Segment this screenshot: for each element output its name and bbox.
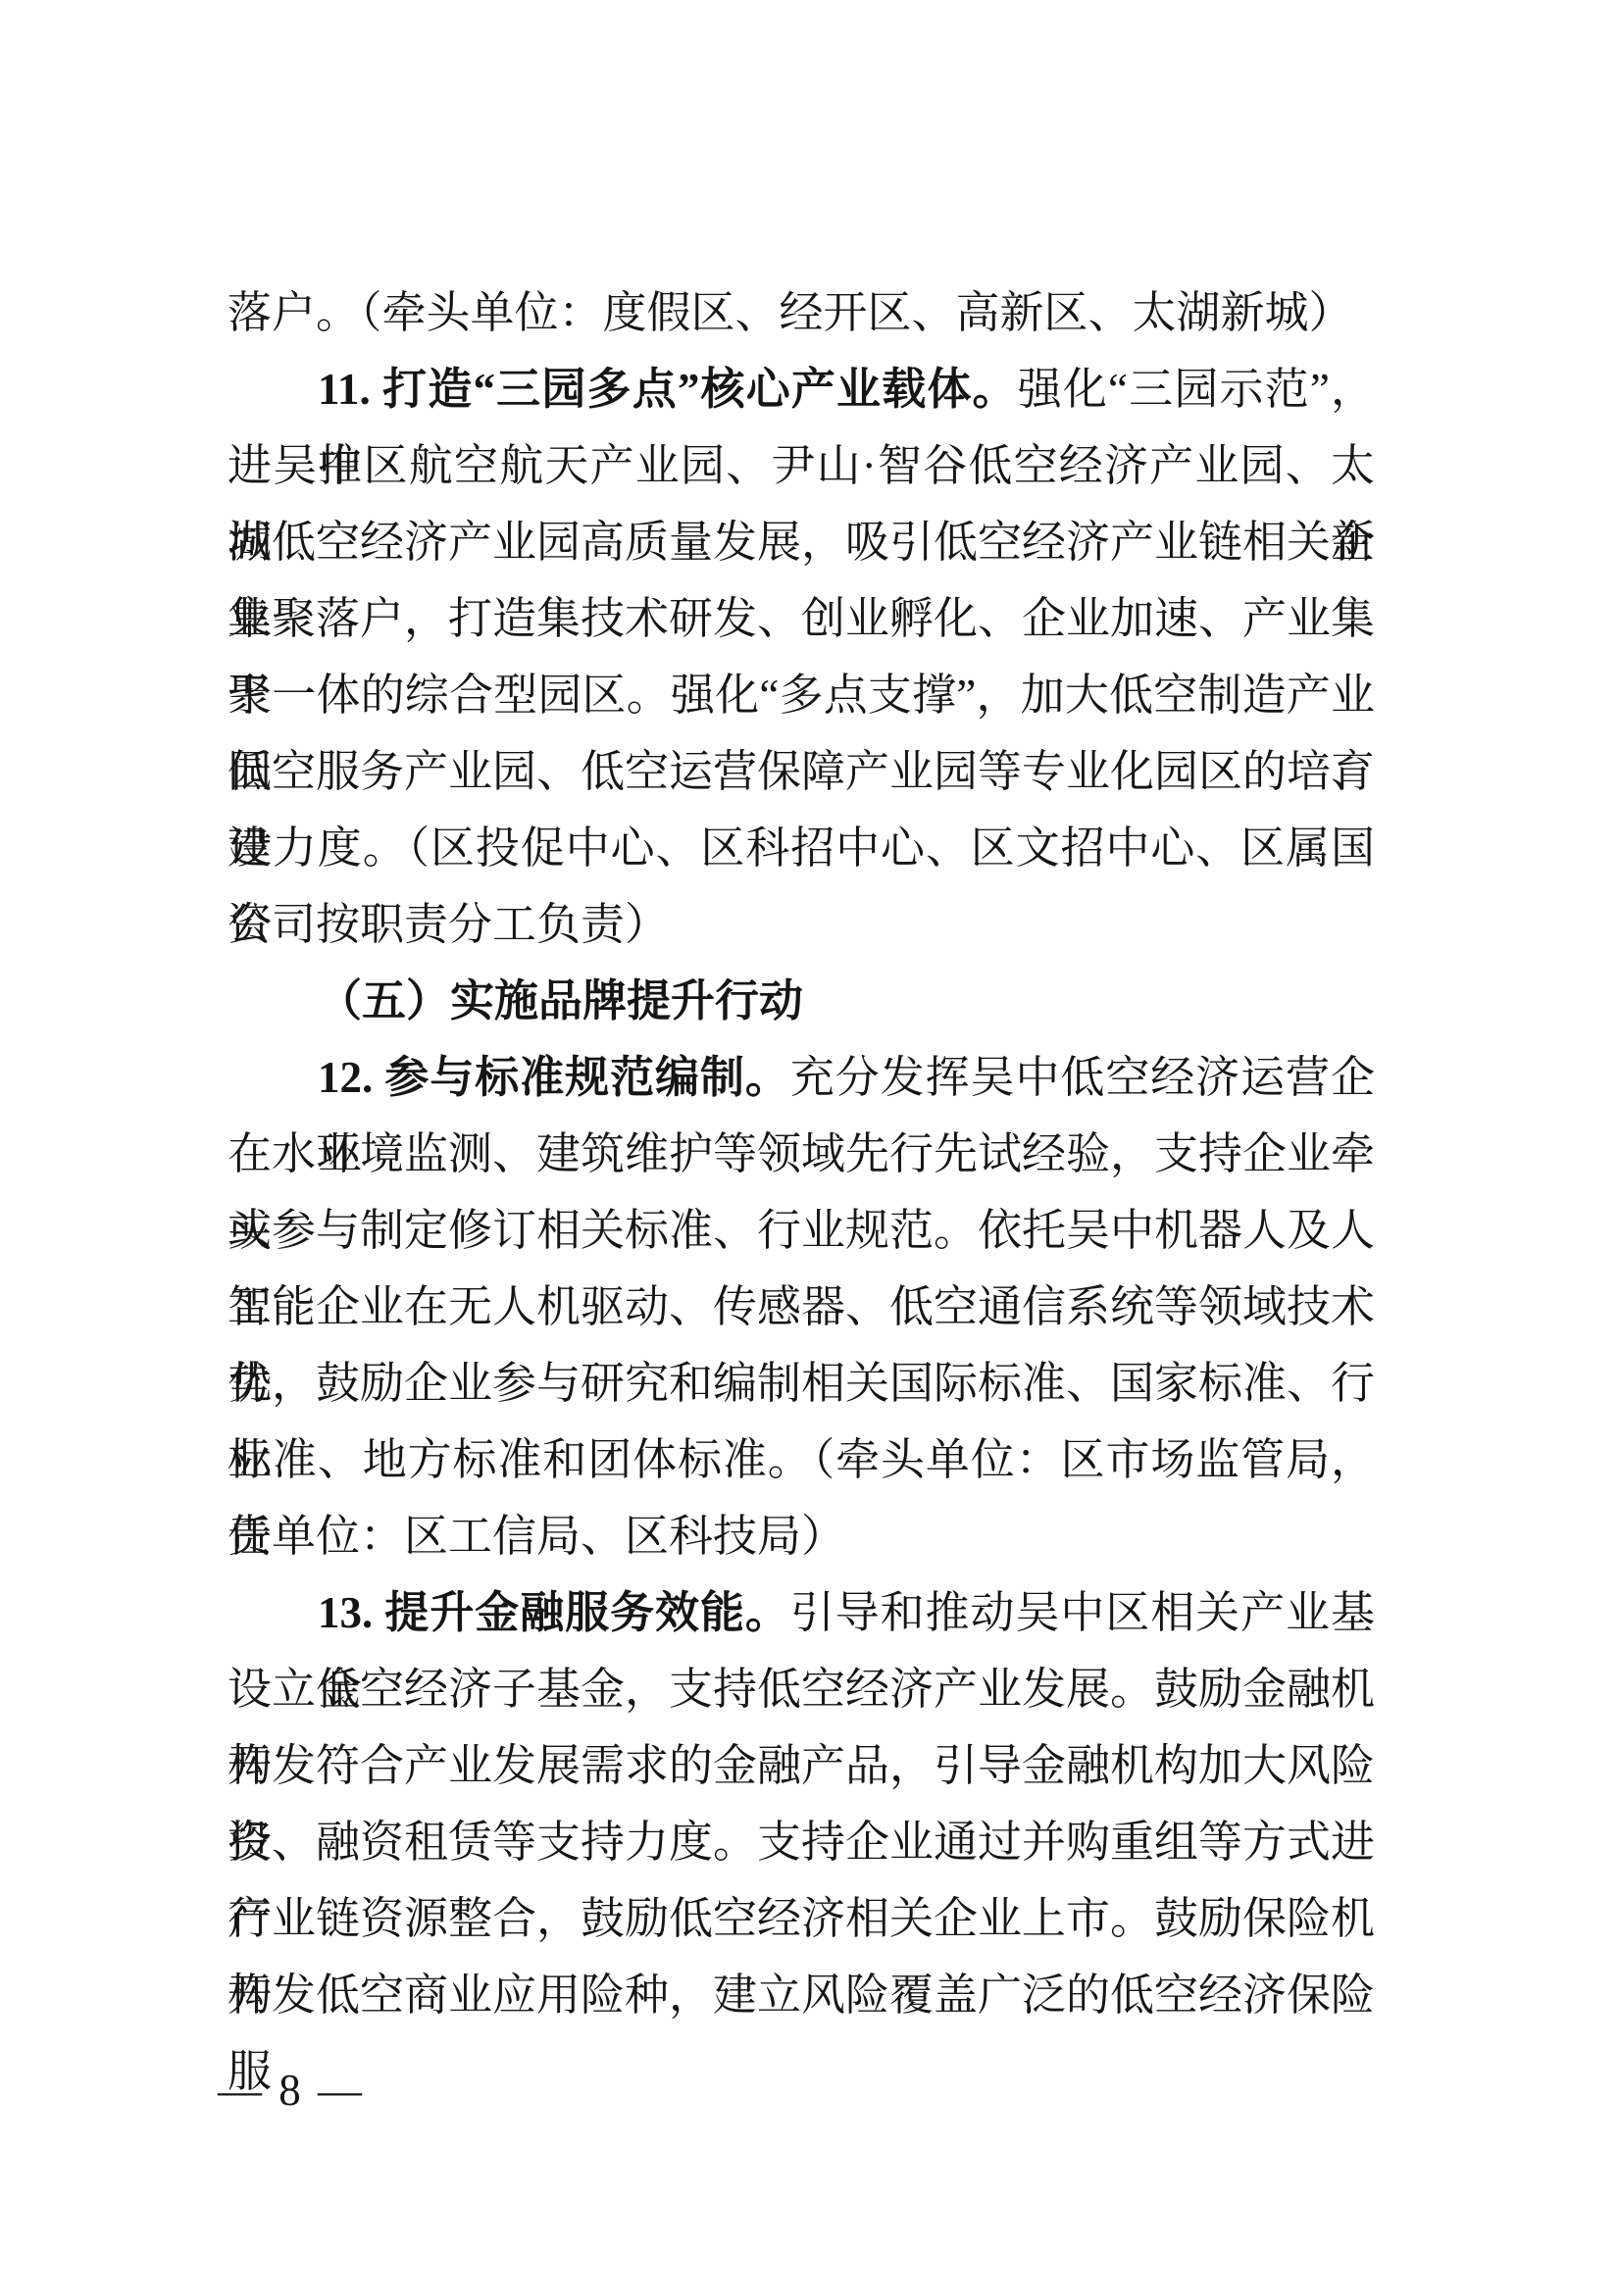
text-line: 进吴中区航空航天产业园、尹山·智谷低空经济产业园、太湖新 <box>228 427 1375 504</box>
emphasis-run: 12. 参与标准规范编制。 <box>318 1053 790 1102</box>
text-run: 落户。（牵头单位：度假区、经开区、高新区、太湖新城） <box>228 288 1353 337</box>
text-line: 或参与制定修订相关标准、行业规范。依托吴中机器人及人工 <box>228 1192 1375 1269</box>
text-line: 集聚落户，打造集技术研发、创业孵化、企业加速、产业集聚 <box>228 580 1375 657</box>
text-line: 落户。（牵头单位：度假区、经开区、高新区、太湖新城） <box>228 275 1375 351</box>
text-line: 标准、地方标准和团体标准。（牵头单位：区市场监管局，责 <box>228 1422 1375 1498</box>
text-line: 低空服务产业园、低空运营保障产业园等专业化园区的培育建 <box>228 733 1375 810</box>
text-line: 公司按职责分工负责） <box>228 886 1375 963</box>
text-run: 开发低空商业应用险种，建立风险覆盖广泛的低空经济保险服 <box>228 1971 1375 2096</box>
text-line: 开发符合产业发展需求的金融产品，引导金融机构加大风险投 <box>228 1727 1375 1804</box>
text-run: 任单位：区工信局、区科技局） <box>228 1512 845 1561</box>
text-line: 开发低空商业应用险种，建立风险覆盖广泛的低空经济保险服 <box>228 1957 1375 2033</box>
text-line: 智能企业在无人机驱动、传感器、低空通信系统等领域技术优 <box>228 1269 1375 1345</box>
document-body: 落户。（牵头单位：度假区、经开区、高新区、太湖新城）11. 打造“三园多点”核心… <box>228 275 1375 2033</box>
text-run: 公司按职责分工负责） <box>228 900 669 949</box>
text-line: 在水环境监测、建筑维护等领域先行先试经验，支持企业牵头 <box>228 1116 1375 1192</box>
text-line: （五）实施品牌提升行动 <box>228 963 1375 1039</box>
text-line: 势，鼓励企业参与研究和编制相关国际标准、国家标准、行业 <box>228 1345 1375 1422</box>
text-line: 13. 提升金融服务效能。引导和推动吴中区相关产业基金 <box>228 1574 1375 1651</box>
text-line: 产业链资源整合，鼓励低空经济相关企业上市。鼓励保险机构 <box>228 1880 1375 1957</box>
text-line: 11. 打造“三园多点”核心产业载体。强化“三园示范”，推 <box>228 351 1375 427</box>
text-line: 12. 参与标准规范编制。充分发挥吴中低空经济运营企业 <box>228 1039 1375 1116</box>
emphasis-run: 11. 打造“三园多点”核心产业载体。 <box>318 365 1018 414</box>
text-line: 城低空经济产业园高质量发展，吸引低空经济产业链相关企业 <box>228 504 1375 580</box>
text-line: 设力度。（区投促中心、区科招中心、区文招中心、区属国资 <box>228 810 1375 886</box>
emphasis-run: 13. 提升金融服务效能。 <box>318 1588 790 1637</box>
page-number-text: — 8 — <box>218 2066 365 2115</box>
text-line: 设立低空经济子基金，支持低空经济产业发展。鼓励金融机构 <box>228 1651 1375 1727</box>
text-line: 于一体的综合型园区。强化“多点支撑”，加大低空制造产业园、 <box>228 657 1375 733</box>
emphasis-run: （五）实施品牌提升行动 <box>318 976 803 1025</box>
page-number: — 8 — <box>218 2066 365 2115</box>
text-line: 资、融资租赁等支持力度。支持企业通过并购重组等方式进行 <box>228 1804 1375 1880</box>
document-page: 落户。（牵头单位：度假区、经开区、高新区、太湖新城）11. 打造“三园多点”核心… <box>0 0 1618 2296</box>
text-line: 任单位：区工信局、区科技局） <box>228 1498 1375 1574</box>
